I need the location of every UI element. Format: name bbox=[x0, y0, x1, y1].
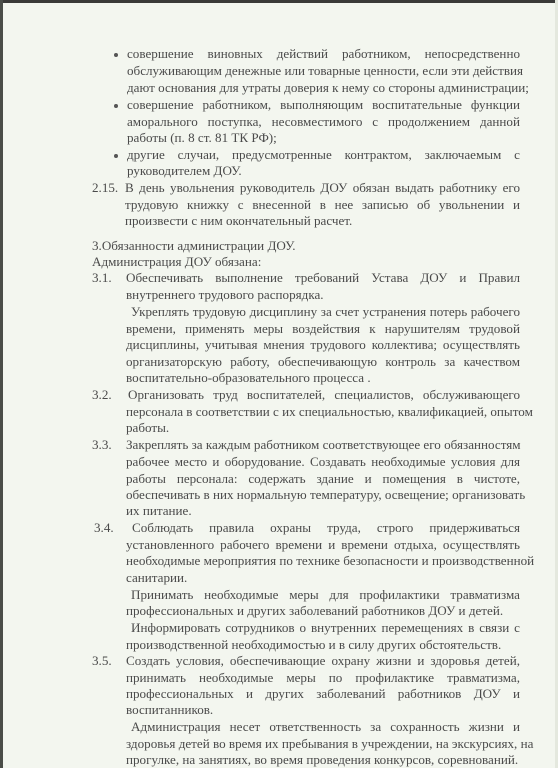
item-3-3-line-5: их питание. bbox=[126, 503, 192, 518]
bullet-2-line-1: совершение работником, выполняющим воспи… bbox=[127, 97, 520, 112]
item-3-4-line-2: установленного рабочего времени и времен… bbox=[126, 537, 520, 552]
item-2-15-number: 2.15. bbox=[92, 180, 118, 195]
bullet-2-line-3: работы (п. 8 ст. 81 ТК РФ); bbox=[127, 130, 277, 145]
item-3-2-number: 3.2. bbox=[92, 387, 112, 402]
item-3-5-number: 3.5. bbox=[92, 653, 112, 668]
section-3-intro: Администрация ДОУ обязана: bbox=[92, 254, 261, 269]
item-3-4-extra-1: Принимать необходимые меры для профилакт… bbox=[131, 587, 520, 602]
bullet-2-line-2: аморального поступка, несовместимого с п… bbox=[127, 114, 520, 129]
item-2-15-line-2: трудовую книжку с внесенной в нее запись… bbox=[125, 197, 520, 212]
item-3-4-extra-2: профессиональных и других заболеваний ра… bbox=[126, 603, 503, 618]
item-3-4-extra-4: производственной необходимостью и в силу… bbox=[126, 637, 501, 652]
item-3-5-line-3: профессиональных и других заболеваний ра… bbox=[126, 686, 520, 701]
item-3-2-line-3: работы. bbox=[126, 420, 169, 435]
item-3-4-extra-3: Информировать сотрудников о внутренних п… bbox=[131, 620, 520, 635]
item-3-3-line-3: работы персонала: содержать здание и пом… bbox=[126, 471, 520, 486]
item-3-1-extra-1: Укреплять трудовую дисциплину за счет ус… bbox=[131, 304, 520, 319]
item-3-4-number: 3.4. bbox=[94, 520, 114, 535]
item-3-2-line-2: персонала в соответствии с их специально… bbox=[126, 404, 520, 419]
item-3-5-line-1: Создать условия, обеспечивающие охрану ж… bbox=[126, 653, 520, 668]
bullet-icon bbox=[114, 154, 118, 158]
item-3-5-extra-2: здоровья детей во время их пребывания в … bbox=[126, 736, 520, 751]
document-page: совершение виновных действий работником,… bbox=[0, 0, 558, 768]
item-3-3-number: 3.3. bbox=[92, 437, 112, 452]
item-3-3-line-1: Закреплять за каждым работником соответс… bbox=[126, 437, 520, 452]
item-3-5-extra-3: прогулке, на занятиях, во время проведен… bbox=[126, 752, 518, 767]
item-3-4-line-3: необходимые мероприятия по технике безоп… bbox=[126, 553, 520, 568]
item-2-15-line-1: В день увольнения руководитель ДОУ обяза… bbox=[125, 180, 520, 195]
item-3-1-extra-4: организаторскую работу, обеспечивающую к… bbox=[126, 354, 520, 369]
item-3-1-number: 3.1. bbox=[92, 270, 112, 285]
item-3-1-extra-3: дисциплины, учитывая мнения трудового ко… bbox=[126, 337, 520, 352]
item-3-1-extra-2: времени, применять меры воздействия к на… bbox=[126, 321, 520, 336]
item-3-5-line-4: воспитанников. bbox=[126, 702, 213, 717]
item-3-2-line-1: Организовать труд воспитателей, специали… bbox=[128, 387, 520, 402]
item-3-5-line-2: принимать необходимые меры по профилакти… bbox=[126, 670, 520, 685]
item-2-15-line-3: произвести с ним окончательный расчет. bbox=[125, 213, 352, 228]
item-3-1-extra-5: воспитательно-образовательного процесса … bbox=[126, 370, 371, 385]
bullet-1-line-2: обслуживающим денежные или товарные ценн… bbox=[127, 63, 520, 78]
bullet-3-line-2: руководителем ДОУ. bbox=[127, 163, 242, 178]
bullet-icon bbox=[114, 53, 118, 57]
item-3-1-line-2: внутреннего трудового распорядка. bbox=[126, 287, 324, 302]
item-3-1-line-1: Обеспечивать выполнение требований Устав… bbox=[126, 270, 520, 285]
item-3-5-extra-1: Администрация несет ответственность за с… bbox=[131, 719, 520, 734]
item-3-3-line-2: рабочее место и оборудование. Создавать … bbox=[126, 454, 520, 469]
item-3-4-line-4: санитарии. bbox=[126, 570, 187, 585]
bullet-icon bbox=[114, 104, 118, 108]
bullet-1-line-3: дают основания для утраты доверия к нему… bbox=[127, 80, 520, 95]
section-3-title: 3.Обязанности администрации ДОУ. bbox=[92, 238, 296, 253]
bullet-1-line-1: совершение виновных действий работником,… bbox=[127, 46, 520, 61]
bullet-3-line-1: другие случаи, предусмотренные контракто… bbox=[127, 147, 520, 162]
item-3-3-line-4: обеспечивать в них нормальную температур… bbox=[126, 487, 520, 502]
item-3-4-line-1: Соблюдать правила охраны труда, строго п… bbox=[132, 520, 520, 535]
